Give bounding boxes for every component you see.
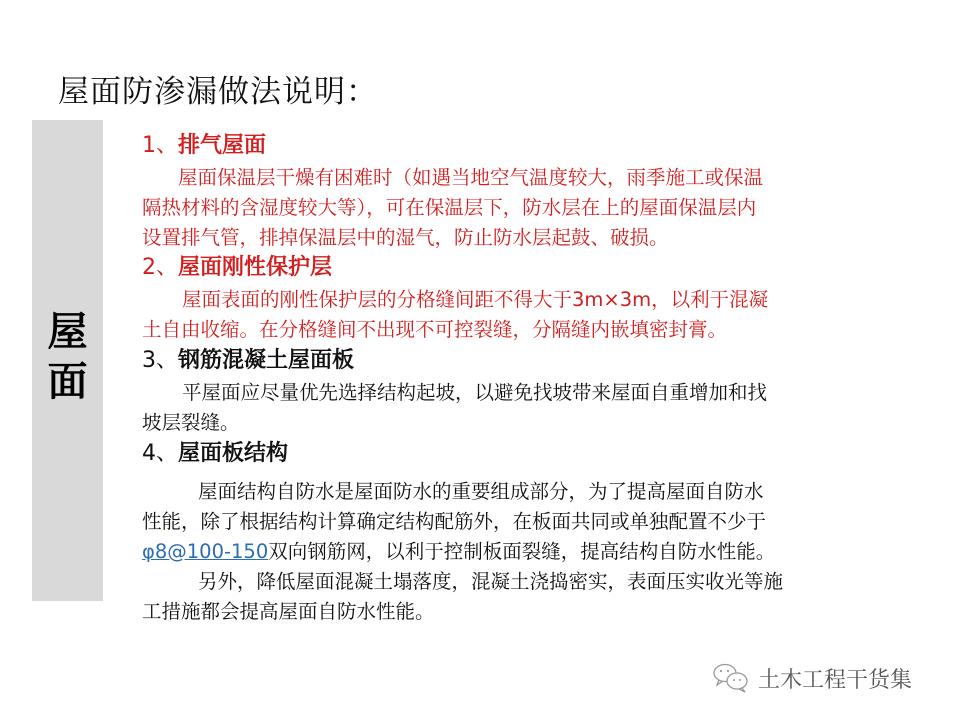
section-2-title: 屋面刚性保护层 bbox=[178, 255, 332, 280]
section-4-line-with-link: φ8@100-150双向钢筋网，以利于控制板面裂缝，提高结构自防水性能。 bbox=[142, 536, 775, 564]
section-1-title: 排气屋面 bbox=[178, 133, 266, 158]
sidebar-label: 屋 面 bbox=[32, 307, 103, 407]
watermark-text: 土木工程干货集 bbox=[758, 663, 912, 694]
section-1-line: 屋面保温层干燥有困难时（如遇当地空气温度较大，雨季施工或保温 bbox=[178, 162, 763, 190]
section-1-heading: 1、排气屋面 bbox=[142, 128, 266, 159]
section-4-line: 屋面结构自防水是屋面防水的重要组成部分，为了提高屋面自防水 bbox=[198, 476, 764, 504]
section-4-number: 4、 bbox=[142, 441, 178, 466]
section-3-line: 平屋面应尽量优先选择结构起坡，以避免找坡带来屋面自重增加和找 bbox=[182, 377, 767, 405]
rebar-spec-link[interactable]: φ8@100-150 bbox=[142, 540, 268, 563]
section-4-heading: 4、屋面板结构 bbox=[142, 436, 288, 467]
sidebar-label-char-1: 屋 bbox=[32, 307, 103, 357]
section-4-title: 屋面板结构 bbox=[178, 441, 288, 466]
section-3-number: 3、 bbox=[142, 348, 178, 373]
section-4-line: 性能，除了根据结构计算确定结构配筋外，在板面共同或单独配置不少于 bbox=[142, 506, 766, 534]
section-1-number: 1、 bbox=[142, 133, 178, 158]
section-4-line-text: 双向钢筋网，以利于控制板面裂缝，提高结构自防水性能。 bbox=[268, 540, 775, 563]
section-4-line: 另外，降低屋面混凝土塌落度，混凝土浇捣密实，表面压实收光等施 bbox=[198, 566, 783, 594]
section-2-line: 屋面表面的刚性保护层的分格缝间距不得大于3m×3m，以利于混凝 bbox=[182, 284, 768, 312]
section-1-line: 设置排气管，排掉保温层中的湿气，防止防水层起鼓、破损。 bbox=[142, 222, 669, 250]
section-2-heading: 2、屋面刚性保护层 bbox=[142, 250, 332, 281]
section-2-number: 2、 bbox=[142, 255, 178, 280]
sidebar-category: 屋 面 bbox=[32, 120, 103, 601]
section-4-line: 工措施都会提高屋面自防水性能。 bbox=[142, 596, 435, 624]
section-3-heading: 3、钢筋混凝土屋面板 bbox=[142, 343, 354, 374]
section-3-line: 坡层裂缝。 bbox=[142, 407, 240, 435]
section-1-line: 隔热材料的含湿度较大等），可在保温层下，防水层在上的屋面保温层内 bbox=[142, 192, 756, 220]
section-3-title: 钢筋混凝土屋面板 bbox=[178, 348, 354, 373]
page-title: 屋面防渗漏做法说明： bbox=[58, 66, 378, 111]
wechat-icon bbox=[712, 662, 750, 694]
section-2-line: 土自由收缩。在分格缝间不出现不可控裂缝，分隔缝内嵌填密封膏。 bbox=[142, 314, 727, 342]
watermark: 土木工程干货集 bbox=[712, 662, 912, 694]
sidebar-label-char-2: 面 bbox=[32, 357, 103, 407]
